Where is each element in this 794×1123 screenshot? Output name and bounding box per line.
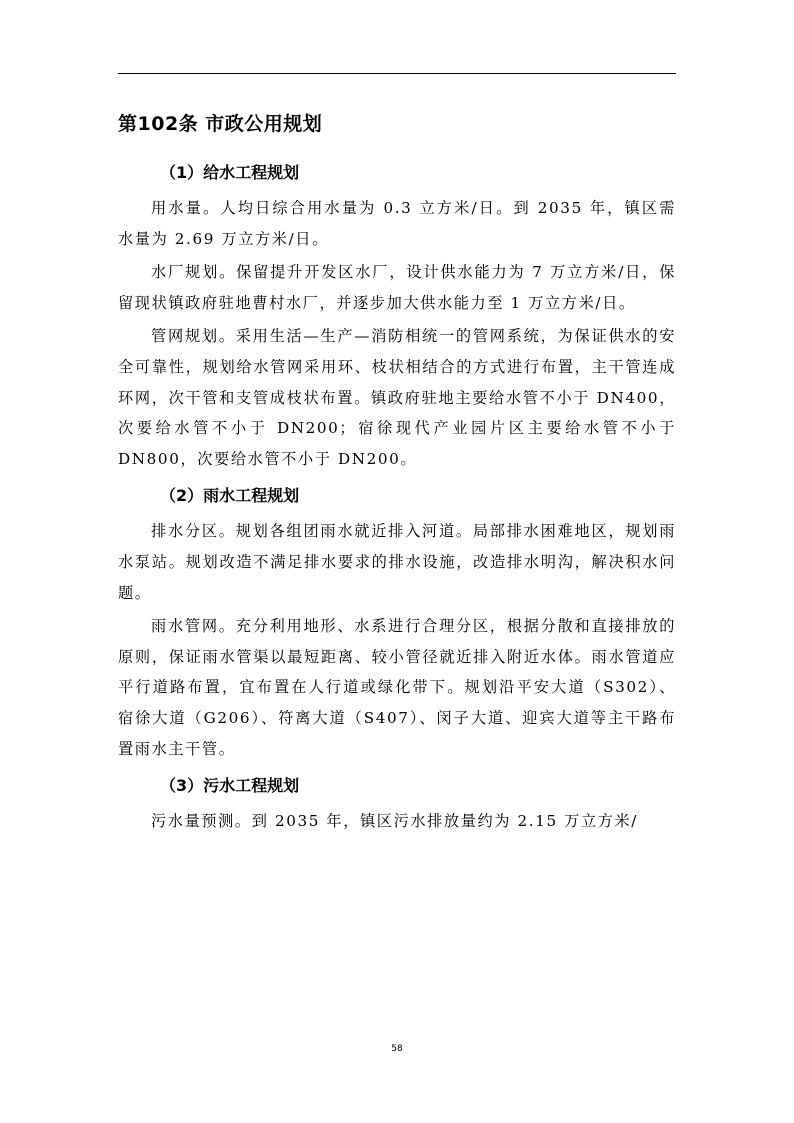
article-title: 第102条 市政公用规划 — [118, 112, 676, 136]
paragraph-sewage-forecast: 污水量预测。到 2035 年，镇区污水排放量约为 2.15 万立方米/ — [118, 806, 676, 837]
paragraph-rainwater-network: 雨水管网。充分利用地形、水系进行合理分区，根据分散和直接排放的原则，保证雨水管渠… — [118, 611, 676, 764]
section-sewage: （3）污水工程规划 污水量预测。到 2035 年，镇区污水排放量约为 2.15 … — [118, 776, 676, 837]
section-heading: （1）给水工程规划 — [118, 163, 676, 183]
document-page: 第102条 市政公用规划 （1）给水工程规划 用水量。人均日综合用水量为 0.3… — [0, 0, 794, 1123]
header-rule — [118, 73, 676, 74]
paragraph-water-plant: 水厂规划。保留提升开发区水厂，设计供水能力为 7 万立方米/日，保留现状镇政府驻… — [118, 257, 676, 318]
section-rainwater: （2）雨水工程规划 排水分区。规划各组团雨水就近排入河道。局部排水困难地区，规划… — [118, 486, 676, 764]
paragraph-water-demand: 用水量。人均日综合用水量为 0.3 立方米/日。到 2035 年，镇区需水量为 … — [118, 193, 676, 254]
section-heading: （2）雨水工程规划 — [118, 486, 676, 506]
section-water-supply: （1）给水工程规划 用水量。人均日综合用水量为 0.3 立方米/日。到 2035… — [118, 163, 676, 474]
paragraph-drainage-zones: 排水分区。规划各组团雨水就近排入河道。局部排水困难地区，规划雨水泵站。规划改造不… — [118, 516, 676, 608]
page-number: 58 — [0, 1044, 794, 1054]
section-heading: （3）污水工程规划 — [118, 776, 676, 796]
paragraph-pipe-network: 管网规划。采用生活—生产—消防相统一的管网系统，为保证供水的安全可靠性，规划给水… — [118, 321, 676, 474]
page-content: 第102条 市政公用规划 （1）给水工程规划 用水量。人均日综合用水量为 0.3… — [118, 100, 676, 849]
